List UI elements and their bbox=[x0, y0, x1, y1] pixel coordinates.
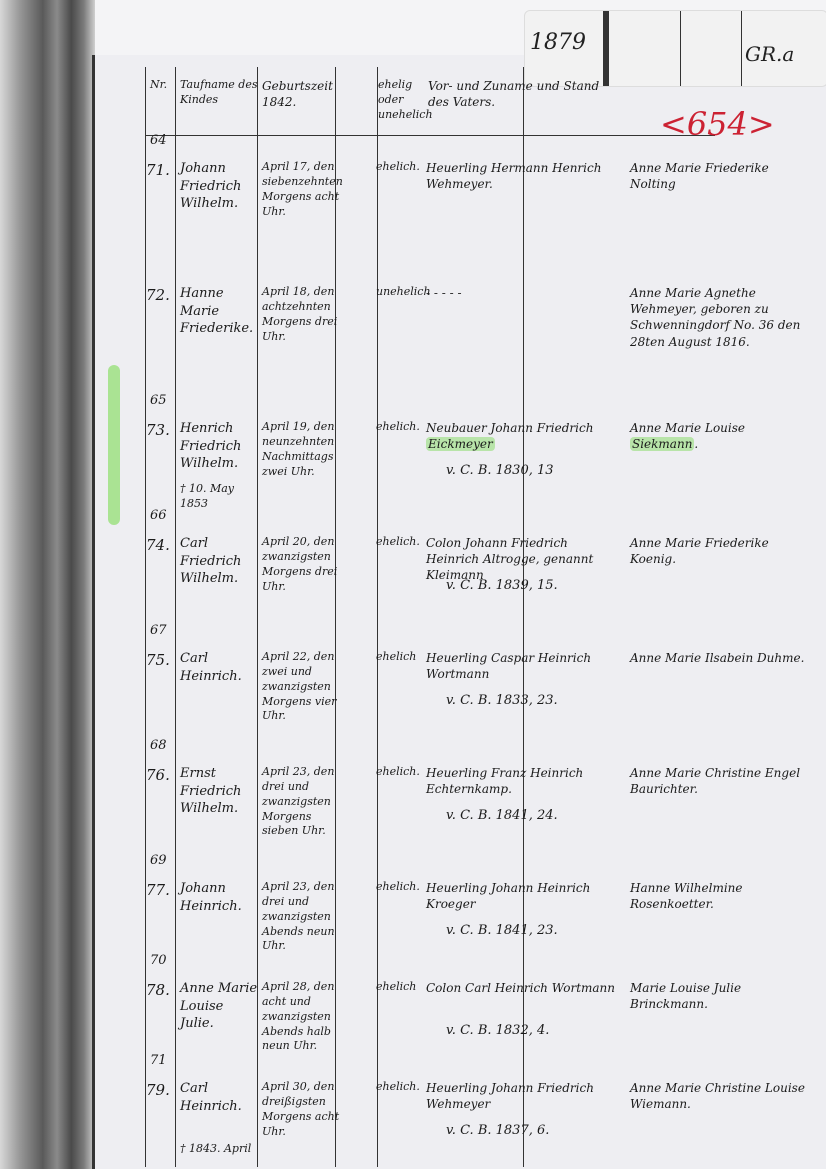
entry-legitimacy: ehelich. bbox=[376, 420, 420, 435]
entry-old-number: 69 bbox=[150, 852, 167, 870]
entry-number: 79. bbox=[146, 1080, 170, 1100]
entry-note: † 1843. April bbox=[180, 1142, 260, 1157]
label-divider bbox=[603, 11, 609, 86]
entry-child-name: Ernst Friedrich Wilhelm. bbox=[180, 765, 258, 818]
entry-child-name: Johann Heinrich. bbox=[180, 880, 258, 915]
column-rule bbox=[145, 67, 146, 1167]
entry-mother: Anne Marie Agnethe Wehmeyer, geboren zu … bbox=[630, 285, 815, 350]
entry-number: 74. bbox=[146, 535, 170, 555]
entry-child-name: Carl Friedrich Wilhelm. bbox=[180, 535, 258, 588]
entry-child-name: Henrich Friedrich Wilhelm. bbox=[180, 420, 258, 473]
entry-birth-time: April 22, den zwei und zwanzigsten Morge… bbox=[262, 650, 344, 724]
entry-old-number: 70 bbox=[150, 952, 167, 970]
entry-father-reference: v. C. B. 1841, 23. bbox=[446, 922, 558, 940]
entry-mother: Anne Marie Friederike Nolting bbox=[630, 160, 815, 192]
entry-legitimacy: ehelich. bbox=[376, 535, 420, 550]
entry-birth-time: April 28, den acht und zwanzigsten Abend… bbox=[262, 980, 344, 1054]
entry-birth-time: April 20, den zwanzigsten Morgens drei U… bbox=[262, 535, 344, 594]
entry-father: - - - - - bbox=[426, 285, 621, 301]
entry-father: Neubauer Johann Friedrich Eickmeyer bbox=[426, 420, 621, 452]
entry-mother: Anne Marie Christine Engel Baurichter. bbox=[630, 765, 815, 797]
entry-legitimacy: ehelich bbox=[376, 980, 420, 995]
entry-father-reference: v. C. B. 1837, 6. bbox=[446, 1122, 549, 1140]
entry-legitimacy: ehelich bbox=[376, 650, 420, 665]
entry-old-number: 65 bbox=[150, 392, 167, 410]
entry-child-name: Hanne Marie Friederike. bbox=[180, 285, 258, 338]
entry-mother: Anne Marie Louise Siekmann. bbox=[630, 420, 815, 452]
header-legit: ehelig oder unehelich bbox=[378, 78, 418, 123]
entry-father-reference: v. C. B. 1832, 4. bbox=[446, 1022, 549, 1040]
entry-legitimacy: ehelich. bbox=[376, 765, 420, 780]
entry-number: 72. bbox=[146, 285, 170, 305]
entry-father: Heuerling Hermann Henrich Wehmeyer. bbox=[426, 160, 621, 192]
column-rule bbox=[377, 67, 378, 1167]
label-divider bbox=[741, 11, 742, 86]
entry-father-reference: v. C. B. 1841, 24. bbox=[446, 807, 558, 825]
entry-father-reference: v. C. B. 1830, 13 bbox=[446, 462, 554, 480]
entry-birth-time: April 17, den siebenzehnten Morgens acht… bbox=[262, 160, 344, 219]
entry-legitimacy: ehelich. bbox=[376, 1080, 420, 1095]
column-rule bbox=[523, 67, 524, 1167]
header-birth: Geburtszeit 1842. bbox=[262, 78, 342, 110]
entry-child-name: Carl Heinrich. bbox=[180, 1080, 258, 1115]
header-number: Nr. bbox=[150, 78, 167, 93]
entry-father: Heuerling Franz Heinrich Echternkamp. bbox=[426, 765, 621, 797]
archive-code: GR.a bbox=[745, 42, 794, 66]
label-divider bbox=[680, 11, 681, 86]
entry-birth-time: April 19, den neunzehnten Nachmittags zw… bbox=[262, 420, 344, 479]
entry-legitimacy: unehelich bbox=[376, 285, 420, 300]
entry-legitimacy: ehelich. bbox=[376, 160, 420, 175]
entry-birth-time: April 23, den drei und zwanzigsten Morge… bbox=[262, 765, 344, 839]
entry-father: Heuerling Johann Heinrich Kroeger bbox=[426, 880, 621, 912]
highlighter-mark bbox=[108, 365, 120, 525]
entry-old-number: 64 bbox=[150, 132, 167, 150]
entry-note: † 10. May 1853 bbox=[180, 482, 260, 512]
header-name: Taufname des Kindes bbox=[180, 78, 258, 108]
entry-father: Colon Carl Heinrich Wortmann bbox=[426, 980, 621, 996]
column-rule bbox=[175, 67, 176, 1167]
highlighted-surname: Eickmeyer bbox=[426, 437, 495, 451]
scan-edge-shadow bbox=[0, 0, 95, 1169]
entry-child-name: Carl Heinrich. bbox=[180, 650, 258, 685]
entry-birth-time: April 30, den dreißigsten Morgens acht U… bbox=[262, 1080, 344, 1139]
entry-father: Heuerling Johann Friedrich Wehmeyer bbox=[426, 1080, 621, 1112]
entry-old-number: 66 bbox=[150, 507, 167, 525]
entry-mother: Marie Louise Julie Brinckmann. bbox=[630, 980, 815, 1012]
entry-mother: Anne Marie Friederike Koenig. bbox=[630, 535, 815, 567]
entry-number: 76. bbox=[146, 765, 170, 785]
entry-child-name: Anne Marie Louise Julie. bbox=[180, 980, 258, 1033]
entry-old-number: 71 bbox=[150, 1052, 167, 1070]
entry-number: 77. bbox=[146, 880, 170, 900]
entry-birth-time: April 18, den achtzehnten Morgens drei U… bbox=[262, 285, 344, 344]
entry-mother: Hanne Wilhelmine Rosenkoetter. bbox=[630, 880, 815, 912]
entry-child-name: Johann Friedrich Wilhelm. bbox=[180, 160, 258, 213]
entry-mother: Anne Marie Ilsabein Duhme. bbox=[630, 650, 815, 666]
entry-old-number: 67 bbox=[150, 622, 167, 640]
entry-legitimacy: ehelich. bbox=[376, 880, 420, 895]
entry-number: 75. bbox=[146, 650, 170, 670]
entry-old-number: 68 bbox=[150, 737, 167, 755]
entry-birth-time: April 23, den drei und zwanzigsten Abend… bbox=[262, 880, 344, 954]
header-father: Vor- und Zuname und Stand des Vaters. bbox=[428, 78, 613, 110]
header-rule bbox=[145, 135, 715, 136]
entry-father-reference: v. C. B. 1839, 15. bbox=[446, 577, 558, 595]
archive-year: 1879 bbox=[530, 30, 586, 55]
highlighted-surname: Siekmann bbox=[630, 437, 694, 451]
entry-father: Heuerling Caspar Heinrich Wortmann bbox=[426, 650, 621, 682]
page-number: <654> bbox=[660, 105, 775, 143]
entry-father-reference: v. C. B. 1833, 23. bbox=[446, 692, 558, 710]
entry-number: 71. bbox=[146, 160, 170, 180]
entry-mother: Anne Marie Christine Louise Wiemann. bbox=[630, 1080, 815, 1112]
entry-number: 73. bbox=[146, 420, 170, 440]
entry-number: 78. bbox=[146, 980, 170, 1000]
